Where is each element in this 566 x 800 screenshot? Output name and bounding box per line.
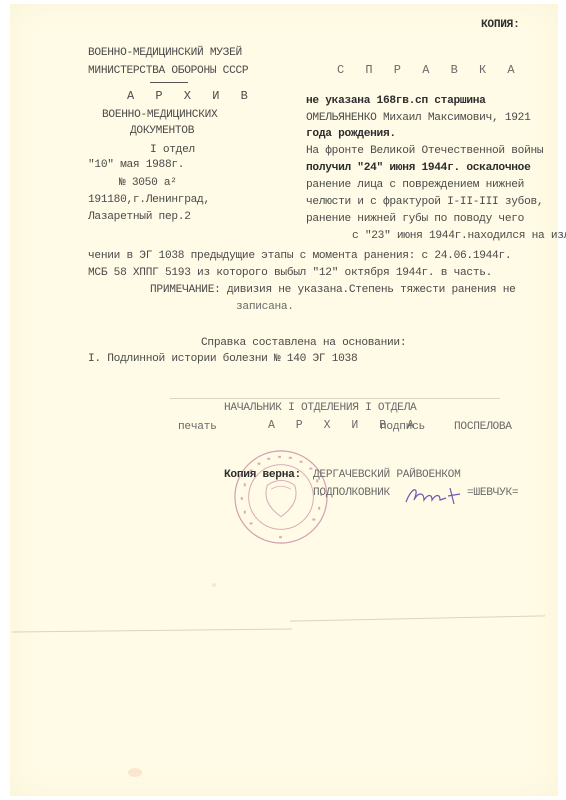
basis-item: I. Подлинной истории болезни № 140 ЭГ 10… bbox=[88, 352, 357, 366]
issuer-line-1: ВОЕННО-МЕДИЦИНСКИЙ МУЗЕЙ bbox=[88, 46, 242, 60]
body-line: На фронте Великой Отечественной войны bbox=[306, 144, 543, 158]
archive-title: А Р Х И В bbox=[127, 89, 255, 103]
note-line-2: записана. bbox=[236, 300, 294, 314]
body-line: года рождения. bbox=[306, 127, 396, 141]
certifying-office: ДЕРГАЧЕВСКИЙ РАЙВОЕНКОМ bbox=[313, 468, 461, 482]
body-full-line: МСБ 58 ХППГ 5193 из которого выбыл "12" … bbox=[88, 266, 492, 280]
document-title: С П Р А В К А bbox=[337, 63, 522, 77]
archive-subtitle-1: ВОЕННО-МЕДИЦИНСКИХ bbox=[102, 108, 217, 122]
signatory-name: ПОСПЕЛОВА bbox=[454, 420, 512, 434]
signature-rule bbox=[170, 398, 500, 399]
body-line: с "23" июня 1944г.находился на изле- bbox=[352, 229, 566, 243]
body-line: ранение нижней губы по поводу чего bbox=[306, 212, 524, 226]
body-line: ОМЕЛЬЯНЕНКО Михаил Максимович, 1921 bbox=[306, 111, 530, 125]
address-line-1: 191180,г.Ленинград, bbox=[88, 193, 210, 207]
handwritten-signature-icon bbox=[402, 484, 472, 506]
copy-mark: КОПИЯ: bbox=[481, 18, 519, 32]
paper-stain bbox=[212, 583, 216, 587]
paper-stain bbox=[128, 768, 142, 777]
archive-rule bbox=[150, 82, 188, 83]
seal-label: печать bbox=[178, 420, 216, 434]
address-line-2: Лазаретный пер.2 bbox=[88, 210, 191, 224]
basis-heading: Справка составлена на основании: bbox=[201, 336, 406, 350]
department: I отдел bbox=[150, 143, 195, 157]
note-line-1: ПРИМЕЧАНИЕ: дивизия не указана.Степень т… bbox=[150, 283, 516, 297]
issue-date: "10" мая 1988г. bbox=[88, 158, 184, 172]
body-line: ранение лица с повреждением нижней bbox=[306, 178, 524, 192]
sign-label: подпись bbox=[380, 420, 425, 434]
body-line: челюсти и с фрактурой I-II-III зубов, bbox=[306, 195, 543, 209]
certifier-name: =ШЕВЧУК= bbox=[467, 486, 518, 500]
body-line: получил "24" июня 1944г. оскалочное bbox=[306, 161, 530, 175]
body-full-line: чении в ЭГ 1038 предыдущие этапы с момен… bbox=[88, 249, 511, 263]
certifier-rank: ПОДПОЛКОВНИК bbox=[313, 486, 390, 500]
issuer-line-2: МИНИСТЕРСТВА ОБОРОНЫ СССР bbox=[88, 64, 248, 78]
reference-number: № 3050 а² bbox=[119, 176, 177, 190]
certification-label: Копия верна: bbox=[224, 468, 301, 482]
body-line: не указана 168гв.сп старшина bbox=[306, 94, 486, 108]
archive-subtitle-2: ДОКУМЕНТОВ bbox=[130, 124, 194, 138]
chief-title: НАЧАЛЬНИК I ОТДЕЛЕНИЯ I ОТДЕЛА bbox=[224, 401, 416, 415]
